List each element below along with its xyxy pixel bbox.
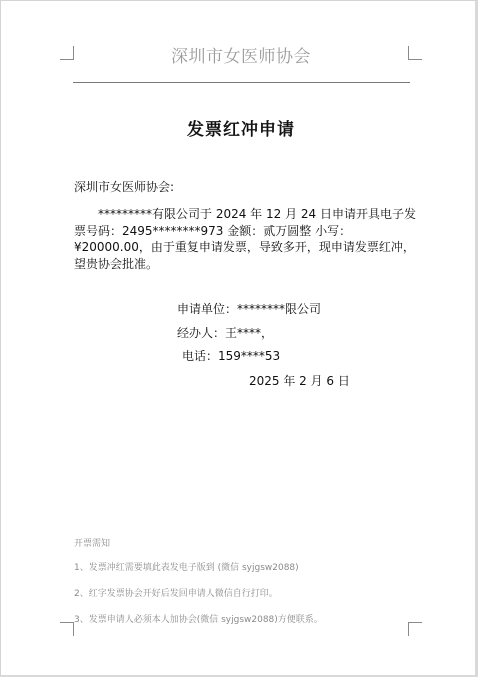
phone-value: 159****53 <box>218 349 280 363</box>
crop-mark-top-left <box>60 46 74 60</box>
phone: 电话：159****53 <box>182 347 280 364</box>
handler: 经办人：王****， <box>177 324 273 341</box>
document-title: 发票红冲申请 <box>73 115 409 140</box>
document-page: 深圳市女医师协会 发票红冲申请 深圳市女医师协会: *********有限公司于… <box>0 0 478 677</box>
note-item: 2、红字发票协会开好后发回申请人微信自行打印。 <box>74 586 278 599</box>
body-line: 票号码：2495********973 金额：贰万圆整 小写： <box>74 223 419 240</box>
body-paragraph: *********有限公司于 2024 年 12 月 24 日申请开具电子发 票… <box>74 206 419 272</box>
handler-label: 经办人： <box>177 326 225 340</box>
crop-mark-bottom-left <box>60 622 74 636</box>
signature-date: 2025 年 2 月 6 日 <box>249 372 350 389</box>
applicant-unit-label: 申请单位： <box>177 302 237 316</box>
applicant-unit: 申请单位：********限公司 <box>177 300 321 317</box>
salutation: 深圳市女医师协会: <box>74 178 174 195</box>
applicant-unit-value: ********限公司 <box>237 302 321 316</box>
page-header-title: 深圳市女医师协会 <box>73 42 409 67</box>
note-item: 1、发票冲红需要填此表发电子版到 (微信 syjgsw2088) <box>74 560 299 573</box>
body-line: ¥20000.00，由于重复申请发票，导致多开，现申请发票红冲， <box>74 239 419 256</box>
crop-mark-top-right <box>408 46 422 60</box>
notes-heading: 开票需知 <box>74 536 110 549</box>
note-item: 3、发票申请人必须本人加协会(微信 syjgsw2088)方便联系。 <box>74 612 323 625</box>
phone-label: 电话： <box>182 349 218 363</box>
handler-value: 王****， <box>225 326 273 340</box>
body-line: *********有限公司于 2024 年 12 月 24 日申请开具电子发 <box>74 206 419 223</box>
header-divider <box>73 82 410 83</box>
body-line: 望贵协会批准。 <box>74 256 419 273</box>
crop-mark-bottom-right <box>408 622 422 636</box>
